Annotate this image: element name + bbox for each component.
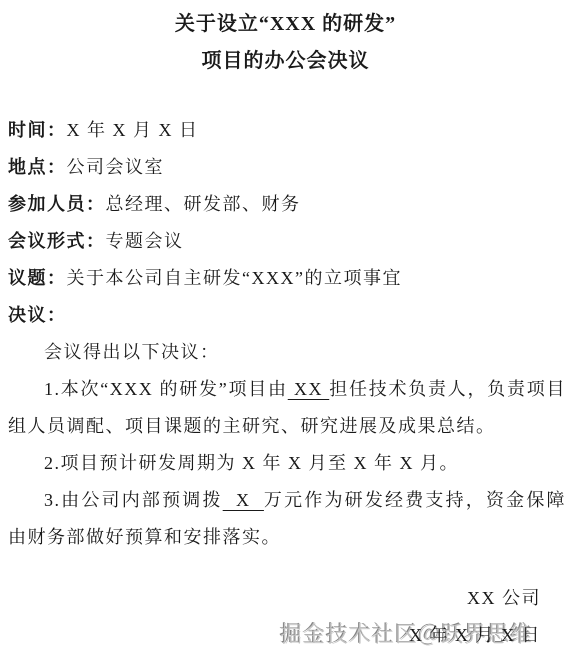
signature-date: X 年 X 月 X 日 xyxy=(0,617,541,654)
meta-section: 时间：X 年 X 月 X 日 地点：公司会议室 参加人员：总经理、研发部、财务 … xyxy=(0,112,571,334)
resolution-item-3: 3.由公司内部预调拨 X 万元作为研发经费支持，资金保障由财务部做好预算和安排落… xyxy=(8,482,566,556)
meta-line-attendees: 参加人员：总经理、研发部、财务 xyxy=(8,186,566,223)
item1-blank-underline: XX xyxy=(288,379,330,399)
meta-line-resolution: 决议： xyxy=(8,297,566,334)
format-value: 专题会议 xyxy=(106,231,184,251)
place-value: 公司会议室 xyxy=(67,157,165,177)
title-line-1: 关于设立“XXX 的研发” xyxy=(0,6,571,43)
resolution-label: 决议： xyxy=(8,305,67,325)
format-label: 会议形式： xyxy=(8,231,106,251)
topic-label: 议题： xyxy=(8,268,67,288)
time-value: X 年 X 月 X 日 xyxy=(67,120,199,140)
meta-line-format: 会议形式：专题会议 xyxy=(8,223,566,260)
attendees-label: 参加人员： xyxy=(8,194,106,214)
item3-blank-underline: X xyxy=(223,490,264,510)
meta-line-time: 时间：X 年 X 月 X 日 xyxy=(8,112,566,149)
signature-company: XX 公司 xyxy=(0,580,541,617)
place-label: 地点： xyxy=(8,157,67,177)
title-line-2: 项目的办公会决议 xyxy=(0,43,571,80)
time-label: 时间： xyxy=(8,120,67,140)
meta-line-place: 地点：公司会议室 xyxy=(8,149,566,186)
resolution-intro: 会议得出以下决议： xyxy=(8,334,566,371)
document-page: 掘金技术社区＠跃界思维 关于设立“XXX 的研发” 项目的办公会决议 时间：X … xyxy=(0,0,571,666)
attendees-value: 总经理、研发部、财务 xyxy=(106,194,301,214)
meta-line-topic: 议题：关于本公司自主研发“XXX”的立项事宜 xyxy=(8,260,566,297)
topic-value: 关于本公司自主研发“XXX”的立项事宜 xyxy=(67,268,402,288)
resolution-item-2: 2.项目预计研发周期为 X 年 X 月至 X 年 X 月。 xyxy=(8,445,566,482)
signature-block: XX 公司 X 年 X 月 X 日 xyxy=(0,580,571,654)
item3-text-pre: 3.由公司内部预调拨 xyxy=(44,490,223,510)
resolution-body: 会议得出以下决议： 1.本次“XXX 的研发”项目由 XX 担任技术负责人，负责… xyxy=(0,334,571,556)
resolution-item-1: 1.本次“XXX 的研发”项目由 XX 担任技术负责人，负责项目组人员调配、项目… xyxy=(8,371,566,445)
document-title: 关于设立“XXX 的研发” 项目的办公会决议 xyxy=(0,0,571,80)
item1-text-pre: 1.本次“XXX 的研发”项目由 xyxy=(44,379,288,399)
document-content: 关于设立“XXX 的研发” 项目的办公会决议 时间：X 年 X 月 X 日 地点… xyxy=(0,0,571,654)
